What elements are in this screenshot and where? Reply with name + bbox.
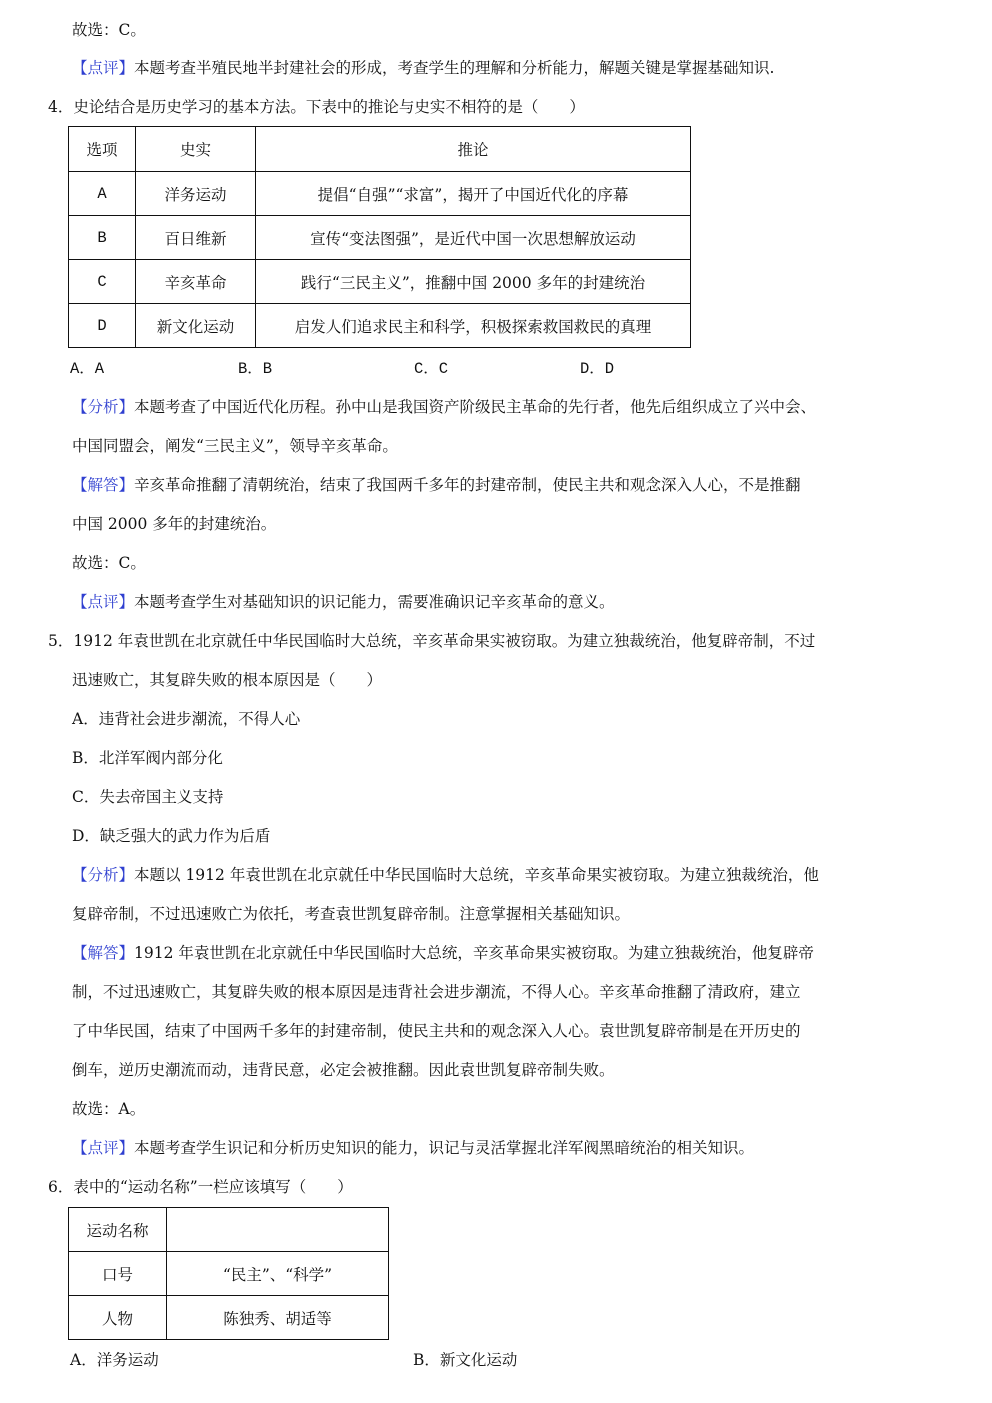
question-text: 迅速败亡，其复辟失败的根本原因是（ ）	[72, 670, 382, 690]
question-6-stem: 6．表中的“运动名称”一栏应该填写（ ）	[48, 1177, 353, 1197]
comment-tag: 【点评】	[72, 593, 134, 611]
analysis-tag: 【分析】	[72, 866, 134, 884]
solution-line: 中国 2000 多年的封建统治。	[72, 514, 276, 534]
table-row: D 新文化运动 启发人们追求民主和科学，积极探索救国救民的真理	[69, 304, 691, 348]
question-number: 6．	[48, 1178, 73, 1196]
solution-tag: 【解答】	[72, 944, 134, 962]
table-row: B 百日维新 宣传“变法图强”，是近代中国一次思想解放运动	[69, 216, 691, 260]
q6-table: 运动名称 口号 “民主”、“科学” 人物 陈独秀、胡适等	[68, 1207, 389, 1340]
solution-line: 制，不过迅速败亡，其复辟失败的根本原因是违背社会进步潮流，不得人心。辛亥革命推翻…	[72, 982, 801, 1002]
table-cell: 口号	[69, 1252, 167, 1296]
question-number: 5．	[48, 632, 73, 650]
table-row: 人物 陈独秀、胡适等	[69, 1296, 389, 1340]
table-row: C 辛亥革命 践行“三民主义”，推翻中国 2000 多年的封建统治	[69, 260, 691, 304]
answer-line: 故选：C。	[72, 20, 146, 40]
table-cell: 百日维新	[136, 216, 256, 260]
table-cell: “民主”、“科学”	[167, 1252, 389, 1296]
table-cell: 运动名称	[69, 1208, 167, 1252]
table-cell: 践行“三民主义”，推翻中国 2000 多年的封建统治	[256, 260, 691, 304]
analysis-line: 复辟帝制，不过迅速败亡为依托，考查袁世凯复辟帝制。注意掌握相关基础知识。	[72, 904, 630, 924]
table-cell: 洋务运动	[136, 172, 256, 216]
table-cell: C	[69, 260, 136, 304]
table-cell	[167, 1208, 389, 1252]
comment-text: 本题考查学生对基础知识的识记能力，需要准确识记辛亥革命的意义。	[134, 593, 615, 611]
solution-line: 倒车，逆历史潮流而动，违背民意，必定会被推翻。因此袁世凯复辟帝制失败。	[72, 1060, 615, 1080]
table-header: 选项	[69, 127, 136, 172]
option-b[interactable]: B．新文化运动	[413, 1350, 517, 1370]
table-cell: D	[69, 304, 136, 348]
table-header: 推论	[256, 127, 691, 172]
comment-text: 本题考查半殖民地半封建社会的形成，考查学生的理解和分析能力，解题关键是掌握基础知…	[134, 59, 774, 77]
comment-line: 【点评】本题考查半殖民地半封建社会的形成，考查学生的理解和分析能力，解题关键是掌…	[72, 58, 774, 78]
table-row: 口号 “民主”、“科学”	[69, 1252, 389, 1296]
option-a[interactable]: A．洋务运动	[70, 1350, 159, 1370]
solution-tag: 【解答】	[72, 476, 134, 494]
comment-tag: 【点评】	[72, 1139, 134, 1157]
question-text: 1912 年袁世凯在北京就任中华民国临时大总统，辛亥革命果实被窃取。为建立独裁统…	[73, 632, 815, 650]
option-d[interactable]: D．D	[580, 359, 614, 379]
table-cell: 宣传“变法图强”，是近代中国一次思想解放运动	[256, 216, 691, 260]
table-cell: 辛亥革命	[136, 260, 256, 304]
answer-line: 故选：C。	[72, 553, 146, 573]
analysis-line: 【分析】本题考查了中国近代化历程。孙中山是我国资产阶级民主革命的先行者，他先后组…	[72, 397, 816, 417]
question-text: 史论结合是历史学习的基本方法。下表中的推论与史实不相符的是（ ）	[73, 98, 585, 116]
table-cell: 提倡“自强”“求富”，揭开了中国近代化的序幕	[256, 172, 691, 216]
solution-line: 【解答】辛亥革命推翻了清朝统治，结束了我国两千多年的封建帝制，使民主共和观念深入…	[72, 475, 801, 495]
answer-line: 故选：A。	[72, 1099, 145, 1119]
table-cell: A	[69, 172, 136, 216]
option-c[interactable]: C．失去帝国主义支持	[72, 787, 223, 807]
solution-text: 1912 年袁世凯在北京就任中华民国临时大总统，辛亥革命果实被窃取。为建立独裁统…	[134, 944, 814, 962]
table-cell: B	[69, 216, 136, 260]
question-4-stem: 4．史论结合是历史学习的基本方法。下表中的推论与史实不相符的是（ ）	[48, 97, 585, 117]
table-cell: 新文化运动	[136, 304, 256, 348]
comment-line: 【点评】本题考查学生识记和分析历史知识的能力，识记与灵活掌握北洋军阀黑暗统治的相…	[72, 1138, 754, 1158]
solution-text: 辛亥革命推翻了清朝统治，结束了我国两千多年的封建帝制，使民主共和观念深入人心，不…	[134, 476, 801, 494]
table-row: 运动名称	[69, 1208, 389, 1252]
option-b[interactable]: B．B	[238, 359, 272, 379]
comment-tag: 【点评】	[72, 59, 134, 77]
solution-line: 【解答】1912 年袁世凯在北京就任中华民国临时大总统，辛亥革命果实被窃取。为建…	[72, 943, 814, 963]
analysis-text: 本题考查了中国近代化历程。孙中山是我国资产阶级民主革命的先行者，他先后组织成立了…	[134, 398, 816, 416]
question-number: 4．	[48, 98, 73, 116]
table-cell: 启发人们追求民主和科学，积极探索救国救民的真理	[256, 304, 691, 348]
question-5-stem: 5．1912 年袁世凯在北京就任中华民国临时大总统，辛亥革命果实被窃取。为建立独…	[48, 631, 815, 651]
table-cell: 陈独秀、胡适等	[167, 1296, 389, 1340]
table-row: A 洋务运动 提倡“自强”“求富”，揭开了中国近代化的序幕	[69, 172, 691, 216]
solution-line: 了中华民国，结束了中国两千多年的封建帝制，使民主共和的观念深入人心。袁世凯复辟帝…	[72, 1021, 801, 1041]
question-text: 表中的“运动名称”一栏应该填写（ ）	[73, 1178, 352, 1196]
option-a[interactable]: A．违背社会进步潮流，不得人心	[72, 709, 300, 729]
option-a[interactable]: A．A	[70, 359, 104, 379]
table-cell: 人物	[69, 1296, 167, 1340]
option-d[interactable]: D．缺乏强大的武力作为后盾	[72, 826, 270, 846]
comment-line: 【点评】本题考查学生对基础知识的识记能力，需要准确识记辛亥革命的意义。	[72, 592, 615, 612]
table-header: 史实	[136, 127, 256, 172]
option-b[interactable]: B．北洋军阀内部分化	[72, 748, 223, 768]
analysis-line: 【分析】本题以 1912 年袁世凯在北京就任中华民国临时大总统，辛亥革命果实被窃…	[72, 865, 819, 885]
option-c[interactable]: C．C	[414, 359, 448, 379]
analysis-tag: 【分析】	[72, 398, 134, 416]
analysis-line: 中国同盟会，阐发“三民主义”，领导辛亥革命。	[72, 436, 398, 456]
comment-text: 本题考查学生识记和分析历史知识的能力，识记与灵活掌握北洋军阀黑暗统治的相关知识。	[134, 1139, 754, 1157]
q4-table: 选项 史实 推论 A 洋务运动 提倡“自强”“求富”，揭开了中国近代化的序幕 B…	[68, 126, 691, 348]
analysis-text: 本题以 1912 年袁世凯在北京就任中华民国临时大总统，辛亥革命果实被窃取。为建…	[134, 866, 819, 884]
